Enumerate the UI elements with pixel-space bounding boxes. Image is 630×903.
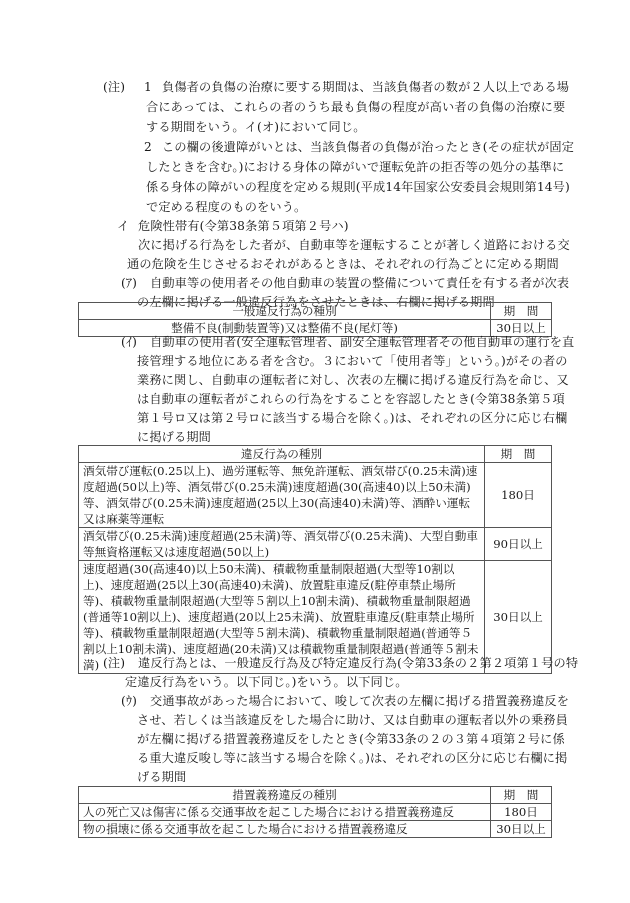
- table-header-cell: 違反行為の種別: [79, 446, 485, 463]
- subsection-marker: (ｱ): [121, 274, 137, 293]
- table-header-row: 措置義務違反の種別 期 間: [79, 787, 552, 804]
- period-cell: 180日: [485, 463, 552, 528]
- section-heading: 危険性帯有(令第38条第５項第２号ハ): [138, 217, 349, 236]
- subsection-line: 交通事故があった場合において、唆して次表の左欄に掲げる措置義務違反を: [150, 692, 569, 711]
- table-header-cell: 一般違反行為の種別: [79, 303, 491, 320]
- note-line: 違反行為とは、一般違反行為及び特定違反行為(令第33条の２第２項第１号の特: [138, 654, 578, 673]
- subsection-line: 第１号ロ又は第２号ロに該当する場合を除く。)は、それぞれの区分に応じ右欄: [137, 409, 567, 428]
- subsection-line: は自動車の運転者がこれらの行為をすることを容認したとき(令第38条第５項: [137, 390, 565, 409]
- table-row: 人の死亡又は傷害に係る交通事故を起こした場合における措置義務違反 180日: [79, 804, 552, 821]
- note-line: 定違反行為をいう。以下同じ。)をいう。以下同じ。: [125, 673, 408, 692]
- subsection-marker: (ｲ): [121, 333, 137, 352]
- obligation-violation-table: 措置義務違反の種別 期 間 人の死亡又は傷害に係る交通事故を起こした場合における…: [78, 786, 552, 838]
- general-violation-table: 一般違反行為の種別 期 間 整備不良(制動装置等)又は整備不良(尾灯等) 30日…: [78, 302, 552, 337]
- violation-type-cell: 酒気帯び運転(0.25以上)、過労運転等、無免許運転、酒気帯び(0.25未満)速…: [79, 463, 485, 528]
- note-item-number: 2: [144, 138, 152, 157]
- note-label: (注): [103, 654, 125, 673]
- violation-type-cell: 物の損壊に係る交通事故を起こした場合における措置義務違反: [79, 821, 491, 838]
- section-intro-line: 次に掲げる行為をした者が、自動車等を運転することが著しく道路における交: [138, 236, 570, 255]
- subsection-line: させ、若しくは当該違反をした場合に助け、又は自動車の運転者以外の乗務員: [137, 711, 568, 730]
- subsection-line: 業務に関し、自動車の運転者に対し、次表の左欄に掲げる違反行為を命じ、又: [137, 371, 569, 390]
- note-item2-line: で定める程度のものをいう。: [146, 198, 306, 217]
- subsection-line: が左欄に掲げる措置義務違反をしたとき(令第33条の２の３第４項第２号に係: [137, 730, 565, 749]
- subsection-line: 自動車等の使用者その他自動車の装置の整備について責任を有する者が次表: [150, 274, 569, 293]
- table-header-row: 一般違反行為の種別 期 間: [79, 303, 552, 320]
- table-row: 酒気帯び(0.25未満)速度超過(25未満)等、酒気帯び(0.25未満)、大型自…: [79, 528, 552, 561]
- table-header-cell: 措置義務違反の種別: [79, 787, 491, 804]
- table-header-row: 違反行為の種別 期 間: [79, 446, 552, 463]
- subsection-line: 接管理する地位にある者を含む。３において「使用者等」という。)がその者の: [137, 352, 568, 371]
- note-item1-line: 負傷者の負傷の治療に要する期間は、当該負傷者の数が２人以上である場: [162, 78, 569, 97]
- note-item1-line: する期間をいう。イ(オ)において同じ。: [146, 118, 366, 137]
- note-item1-line: 合にあっては、これらの者のうち最も負傷の程度が高い者の負傷の治療に要: [146, 98, 565, 117]
- period-cell: 180日: [491, 804, 552, 821]
- note-label: (注): [103, 78, 125, 97]
- note-item2-line: この欄の後遺障がいとは、当該負傷者の負傷が治ったとき(その症状が固定: [162, 138, 574, 157]
- section-marker: イ: [117, 217, 129, 236]
- subsection-line: 自動車の使用者(安全運転管理者、副安全運転管理者その他自動車の運行を直: [150, 333, 574, 352]
- table-row: 物の損壊に係る交通事故を起こした場合における措置義務違反 30日以上: [79, 821, 552, 838]
- period-cell: 30日以上: [491, 821, 552, 838]
- violation-type-cell: 人の死亡又は傷害に係る交通事故を起こした場合における措置義務違反: [79, 804, 491, 821]
- subsection-line: げる期間: [137, 768, 186, 787]
- table-header-cell: 期 間: [491, 303, 552, 320]
- note-item-number: 1: [144, 78, 152, 97]
- document-page: (注) 1 負傷者の負傷の治療に要する期間は、当該負傷者の数が２人以上である場 …: [0, 0, 630, 903]
- section-intro-line: 通の危険を生じさせるおそれがあるときは、それぞれの行為ごとに定める期間: [127, 255, 559, 274]
- note-item2-line: したときを含む。)における身体の障がいで運転免許の拒否等の処分の基準に: [146, 158, 564, 177]
- violation-table: 違反行為の種別 期 間 酒気帯び運転(0.25以上)、過労運転等、無免許運転、酒…: [78, 445, 552, 674]
- table-row: 酒気帯び運転(0.25以上)、過労運転等、無免許運転、酒気帯び(0.25未満)速…: [79, 463, 552, 528]
- subsection-line: る重大違反唆し等に該当する場合を除く。)は、それぞれの区分に応じ右欄に掲: [137, 749, 567, 768]
- period-cell: 90日以上: [485, 528, 552, 561]
- table-header-cell: 期 間: [485, 446, 552, 463]
- violation-type-cell: 酒気帯び(0.25未満)速度超過(25未満)等、酒気帯び(0.25未満)、大型自…: [79, 528, 485, 561]
- table-header-cell: 期 間: [491, 787, 552, 804]
- subsection-marker: (ｳ): [121, 692, 137, 711]
- note-item2-line: 係る身体の障がいの程度を定める規則(平成14年国家公安委員会規則第14号): [146, 178, 570, 197]
